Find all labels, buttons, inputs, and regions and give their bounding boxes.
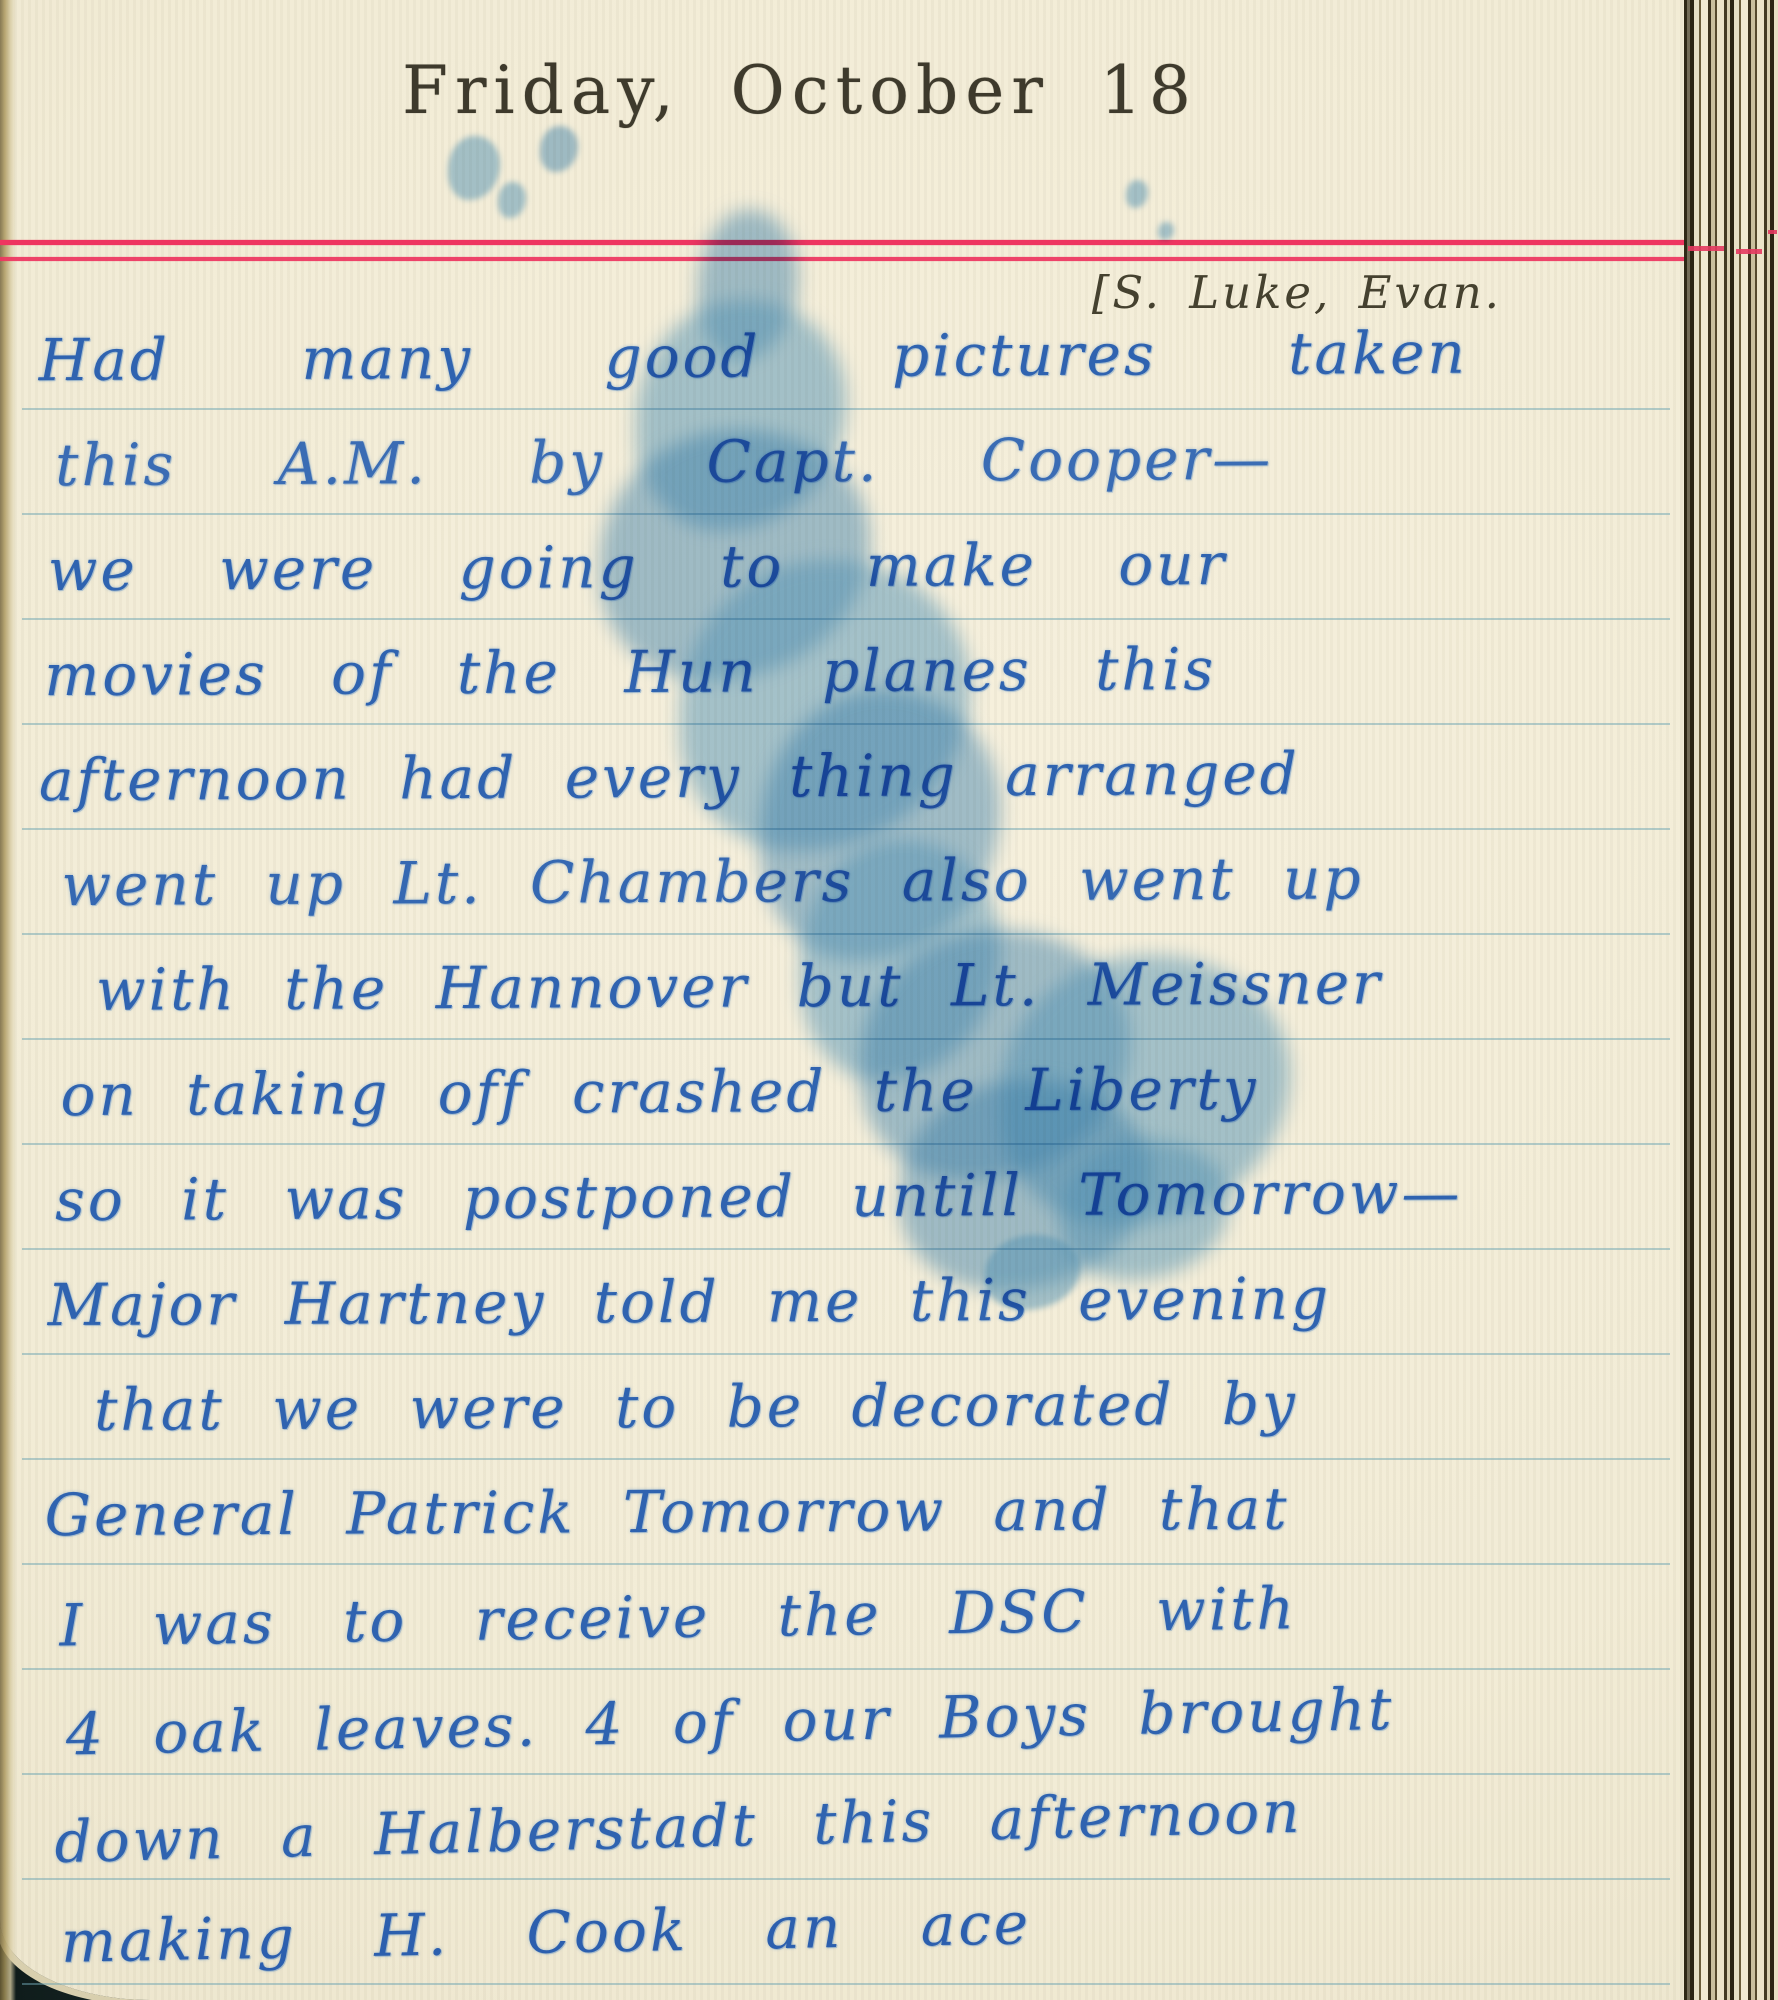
entry-line: Had many good pictures taken — [38, 300, 1468, 413]
entry-line: afternoon had every thing arranged — [39, 721, 1300, 834]
red-rule-fragment — [1688, 246, 1724, 251]
book-page-edges — [1684, 0, 1778, 2000]
entry-line: we were going to make our — [47, 511, 1227, 623]
red-rule-fragment — [1768, 230, 1777, 234]
entry-line: so it was postponed untill Tomorrow— — [55, 1140, 1463, 1253]
entry-line: with the Hannover but Lt. Meissner — [96, 930, 1383, 1043]
entry-line: on taking off crashed the Liberty — [60, 1036, 1259, 1148]
entry-line: that we were to be decorated by — [94, 1351, 1298, 1463]
diary-page: Friday, October 18 [S. Luke, Evan. Had m… — [0, 0, 1684, 2000]
entry-line: went up Lt. Chambers also went up — [61, 825, 1364, 938]
diary-entry: Had many good pictures taken this A.M. b… — [0, 0, 1689, 2000]
entry-line: General Patrick Tomorrow and that — [44, 1456, 1289, 1569]
entry-line: movies of the Hun planes this — [44, 616, 1216, 728]
entry-line: this A.M. by Capt. Cooper— — [55, 406, 1274, 518]
entry-line: Major Hartney told me this evening — [47, 1245, 1331, 1358]
entry-line: I was to receive the DSC with — [59, 1555, 1298, 1678]
red-rule-fragment — [1736, 249, 1762, 254]
entry-line: making H. Cook an ace — [60, 1870, 1032, 1995]
